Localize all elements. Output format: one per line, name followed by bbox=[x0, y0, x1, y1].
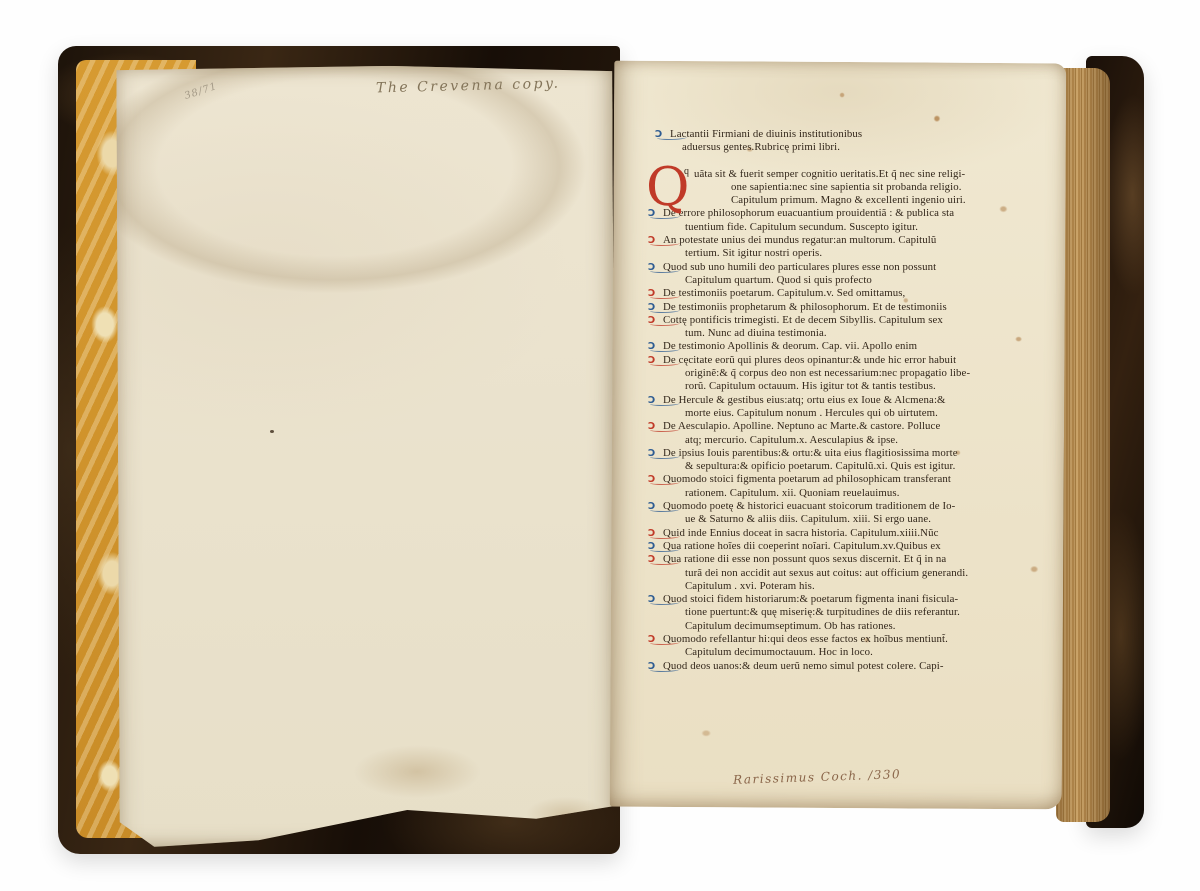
toc-line: tione puertunt:& quę miserię:& turpitudi… bbox=[648, 606, 986, 619]
toc-line: Capitulum decimumoctauum. Hoc in loco. bbox=[648, 646, 986, 659]
toc-entry: ƆDe testimoniis prophetarum & philosopho… bbox=[648, 301, 986, 314]
toc-line-text: An potestate unius dei mundus regatur:an… bbox=[663, 234, 936, 246]
toc-line: ƆQuomodo stoici figmenta poetarum ad phi… bbox=[648, 473, 986, 486]
toc-line-text: De cęcitate eorũ qui plures deos opinant… bbox=[663, 354, 956, 366]
toc-line-text: Quomodo stoici figmenta poetarum ad phil… bbox=[663, 473, 951, 485]
toc-line: ƆDe testimoniis prophetarum & philosopho… bbox=[648, 301, 986, 314]
toc-line: Capitulum primum. Magno & excellenti ing… bbox=[694, 194, 986, 207]
toc-entry: ƆQua ratione hoĩes dii coeperint noĩari.… bbox=[648, 540, 986, 553]
toc-line-text: De Aesculapio. Apolline. Neptuno ac Mart… bbox=[663, 420, 940, 432]
toc-line-text: turã dei non accidit aut sexus aut coitu… bbox=[685, 567, 968, 579]
toc-line-text: Qua ratione hoĩes dii coeperint noĩari. … bbox=[663, 540, 941, 552]
toc-line: turã dei non accidit aut sexus aut coitu… bbox=[648, 567, 986, 580]
toc-line-text: Quod stoici fidem historiarum:& poetarum… bbox=[663, 593, 958, 605]
toc-line: rationem. Capitulum. xii. Quoniam reuela… bbox=[648, 487, 986, 500]
paragraph-mark-icon: Ɔ bbox=[648, 208, 663, 219]
toc-line-text: De testimoniis poetarum. Capitulum.v. Se… bbox=[663, 287, 905, 299]
toc-line: ƆDe Aesculapio. Apolline. Neptuno ac Mar… bbox=[648, 420, 986, 433]
toc-line: tertium. Sit igitur nostri operis. bbox=[648, 247, 986, 260]
toc-line: ƆLactantii Firmiani de diuinis instituti… bbox=[655, 128, 986, 141]
toc-entry: ƆDe errore philosophorum euacuantium pro… bbox=[648, 207, 986, 234]
toc-line: & sepultura:& opificio poetarum. Capitul… bbox=[648, 460, 986, 473]
paragraph-mark-icon: Ɔ bbox=[648, 302, 663, 313]
toc-line-text: Cottę pontificis trimegisti. Et de decem… bbox=[663, 314, 943, 326]
toc-line-text: Capitulum decimumoctauum. Hoc in loco. bbox=[685, 646, 873, 658]
toc-line-text: tum. Nunc ad diuina testimonia. bbox=[685, 327, 827, 339]
toc-line: tuentium fide. Capitulum secundum. Susce… bbox=[648, 221, 986, 234]
paragraph-mark-icon: Ɔ bbox=[648, 288, 663, 299]
toc-line-text: tuentium fide. Capitulum secundum. Susce… bbox=[685, 221, 918, 233]
toc-line: ƆQuomodo poetę & historici euacuant stoi… bbox=[648, 500, 986, 513]
toc-line: ƆQuomodo refellantur hi:qui deos esse fa… bbox=[648, 633, 986, 646]
toc-line-text: Quod deos uanos:& deum uerũ nemo simul p… bbox=[663, 660, 944, 672]
toc-entry: ƆDe Aesculapio. Apolline. Neptuno ac Mar… bbox=[648, 420, 986, 447]
toc-entry: ƆDe testimonio Apollinis & deorum. Cap. … bbox=[648, 340, 986, 353]
toc-line: Capitulum . xvi. Poteram his. bbox=[648, 580, 986, 593]
guide-letter: q bbox=[684, 166, 689, 177]
toc-line-text: De Hercule & gestibus eius:atq; ortu eiu… bbox=[663, 394, 946, 406]
toc-line: ƆCottę pontificis trimegisti. Et de dece… bbox=[648, 314, 986, 327]
toc-entry: ƆQuid inde Ennius doceat in sacra histor… bbox=[648, 527, 986, 540]
paragraph-mark-icon: Ɔ bbox=[648, 474, 663, 485]
paragraph-mark-icon: Ɔ bbox=[648, 661, 663, 672]
toc-line: ƆDe errore philosophorum euacuantium pro… bbox=[648, 207, 986, 220]
toc-line-text: one sapientia:nec sine sapientia sit pro… bbox=[731, 181, 962, 193]
toc-line: ƆQua ratione hoĩes dii coeperint noĩari.… bbox=[648, 540, 986, 553]
paragraph-mark-icon: Ɔ bbox=[648, 235, 663, 246]
toc-line-text: uãta sit & fuerit semper cognitio uerita… bbox=[694, 168, 965, 180]
toc-line: ƆAn potestate unius dei mundus regatur:a… bbox=[648, 234, 986, 247]
toc-entry: ƆQuomodo stoici figmenta poetarum ad phi… bbox=[648, 473, 986, 500]
toc-line: uãta sit & fuerit semper cognitio uerita… bbox=[694, 168, 986, 181]
toc-line: Capitulum quartum. Quod si quis profecto bbox=[648, 274, 986, 287]
toc-line-text: & sepultura:& opificio poetarum. Capitul… bbox=[685, 460, 955, 472]
paragraph-mark-icon: Ɔ bbox=[648, 341, 663, 352]
paragraph-mark-icon: Ɔ bbox=[648, 395, 663, 406]
toc-line: ƆDe Hercule & gestibus eius:atq; ortu ei… bbox=[648, 394, 986, 407]
toc-entry: ƆQuomodo refellantur hi:qui deos esse fa… bbox=[648, 633, 986, 660]
paragraph-mark-icon: Ɔ bbox=[648, 541, 663, 552]
toc-entry: ƆQuod deos uanos:& deum uerũ nemo simul … bbox=[648, 660, 986, 673]
toc-entry: ƆQuod stoici fidem historiarum:& poetaru… bbox=[648, 593, 986, 633]
toc-line-text: Capitulum quartum. Quod si quis profecto bbox=[685, 274, 872, 286]
toc-entry: ƆDe ipsius Iouis parentibus:& ortu:& uit… bbox=[648, 447, 986, 474]
paragraph-mark-icon: Ɔ bbox=[655, 129, 670, 140]
toc-line-text: originẽ:& q̃ corpus deo non est necessar… bbox=[685, 367, 970, 379]
toc-entry: ƆDe testimoniis poetarum. Capitulum.v. S… bbox=[648, 287, 986, 300]
toc-line-text: Capitulum decimumseptimum. Ob has ration… bbox=[685, 620, 896, 632]
toc-line: ƆDe testimonio Apollinis & deorum. Cap. … bbox=[648, 340, 986, 353]
toc-line-text: tione puertunt:& quę miserię:& turpitudi… bbox=[685, 606, 960, 618]
toc-line-text: tertium. Sit igitur nostri operis. bbox=[685, 247, 822, 259]
toc-entry: ƆAn potestate unius dei mundus regatur:a… bbox=[648, 234, 986, 261]
toc-entry: ƆQuomodo poetę & historici euacuant stoi… bbox=[648, 500, 986, 527]
toc-line-text: rorũ. Capitulum octauum. His igitur tot … bbox=[685, 380, 936, 392]
toc-entry: ƆQua ratione dii esse non possunt quos s… bbox=[648, 553, 986, 593]
book-photo: ƆLactantii Firmiani de diuinis instituti… bbox=[0, 0, 1200, 891]
toc-line-text: Quomodo refellantur hi:qui deos esse fac… bbox=[663, 633, 948, 645]
toc-line: ƆQuod stoici fidem historiarum:& poetaru… bbox=[648, 593, 986, 606]
toc-entry: ƆQuod sub uno humili deo particulares pl… bbox=[648, 261, 986, 288]
toc-entry: ƆDe cęcitate eorũ qui plures deos opinan… bbox=[648, 354, 986, 394]
paragraph-mark-icon: Ɔ bbox=[648, 528, 663, 539]
paragraph-mark-icon: Ɔ bbox=[648, 448, 663, 459]
toc-line-text: atq; mercurio. Capitulum.x. Aesculapius … bbox=[685, 434, 898, 446]
toc-line: atq; mercurio. Capitulum.x. Aesculapius … bbox=[648, 434, 986, 447]
toc-line: ƆDe cęcitate eorũ qui plures deos opinan… bbox=[648, 354, 986, 367]
toc-line-text: Capitulum primum. Magno & excellenti ing… bbox=[731, 194, 966, 206]
toc-line: ƆDe testimoniis poetarum. Capitulum.v. S… bbox=[648, 287, 986, 300]
toc-line-text: De ipsius Iouis parentibus:& ortu:& uita… bbox=[663, 447, 958, 459]
paragraph-mark-icon: Ɔ bbox=[648, 634, 663, 645]
toc-chapter-1: Qquãta sit & fuerit semper cognitio ueri… bbox=[648, 168, 986, 208]
toc-line: originẽ:& q̃ corpus deo non est necessar… bbox=[648, 367, 986, 380]
toc-line-text: Lactantii Firmiani de diuinis institutio… bbox=[670, 128, 862, 140]
paragraph-mark-icon: Ɔ bbox=[648, 594, 663, 605]
toc-line-text: De testimoniis prophetarum & philosophor… bbox=[663, 301, 947, 313]
toc-line-text: Quid inde Ennius doceat in sacra histori… bbox=[663, 527, 938, 539]
toc-line-text: ue & Saturno & aliis diis. Capitulum. xi… bbox=[685, 513, 931, 525]
toc-line: ƆQuod deos uanos:& deum uerũ nemo simul … bbox=[648, 660, 986, 673]
toc-line-text: Qua ratione dii esse non possunt quos se… bbox=[663, 553, 946, 565]
toc-entry: ƆDe Hercule & gestibus eius:atq; ortu ei… bbox=[648, 394, 986, 421]
left-flyleaf-page bbox=[116, 65, 615, 847]
paragraph-mark-icon: Ɔ bbox=[648, 501, 663, 512]
toc-line-text: morte eius. Capitulum nonum . Hercules q… bbox=[685, 407, 938, 419]
paragraph-mark-icon: Ɔ bbox=[648, 554, 663, 565]
toc-line: tum. Nunc ad diuina testimonia. bbox=[648, 327, 986, 340]
paragraph-mark-icon: Ɔ bbox=[648, 421, 663, 432]
toc-line: aduersus gentes.Rubricę primi libri. bbox=[655, 141, 986, 154]
toc-entry: ƆCottę pontificis trimegisti. Et de dece… bbox=[648, 314, 986, 341]
toc-line: one sapientia:nec sine sapientia sit pro… bbox=[694, 181, 986, 194]
toc-line: rorũ. Capitulum octauum. His igitur tot … bbox=[648, 380, 986, 393]
toc-line: ue & Saturno & aliis diis. Capitulum. xi… bbox=[648, 513, 986, 526]
toc-line: Capitulum decimumseptimum. Ob has ration… bbox=[648, 620, 986, 633]
toc-line-text: De testimonio Apollinis & deorum. Cap. v… bbox=[663, 340, 917, 352]
toc-line-text: Capitulum . xvi. Poteram his. bbox=[685, 580, 815, 592]
toc-line-text: rationem. Capitulum. xii. Quoniam reuela… bbox=[685, 487, 900, 499]
toc-line-text: Quomodo poetę & historici euacuant stoic… bbox=[663, 500, 955, 512]
table-of-contents-block: ƆLactantii Firmiani de diuinis instituti… bbox=[648, 128, 986, 673]
toc-line-text: De errore philosophorum euacuantium prou… bbox=[663, 207, 954, 219]
ink-speck bbox=[270, 430, 274, 433]
toc-line-text: aduersus gentes.Rubricę primi libri. bbox=[682, 141, 840, 153]
toc-line: ƆQuod sub uno humili deo particulares pl… bbox=[648, 261, 986, 274]
paragraph-mark-icon: Ɔ bbox=[648, 315, 663, 326]
paragraph-mark-icon: Ɔ bbox=[648, 355, 663, 366]
toc-line: ƆDe ipsius Iouis parentibus:& ortu:& uit… bbox=[648, 447, 986, 460]
toc-line: ƆQuid inde Ennius doceat in sacra histor… bbox=[648, 527, 986, 540]
toc-line: morte eius. Capitulum nonum . Hercules q… bbox=[648, 407, 986, 420]
toc-line: ƆQua ratione dii esse non possunt quos s… bbox=[648, 553, 986, 566]
paragraph-mark-icon: Ɔ bbox=[648, 262, 663, 273]
toc-heading: ƆLactantii Firmiani de diuinis instituti… bbox=[655, 128, 986, 155]
toc-line-text: Quod sub uno humili deo particulares plu… bbox=[663, 261, 936, 273]
